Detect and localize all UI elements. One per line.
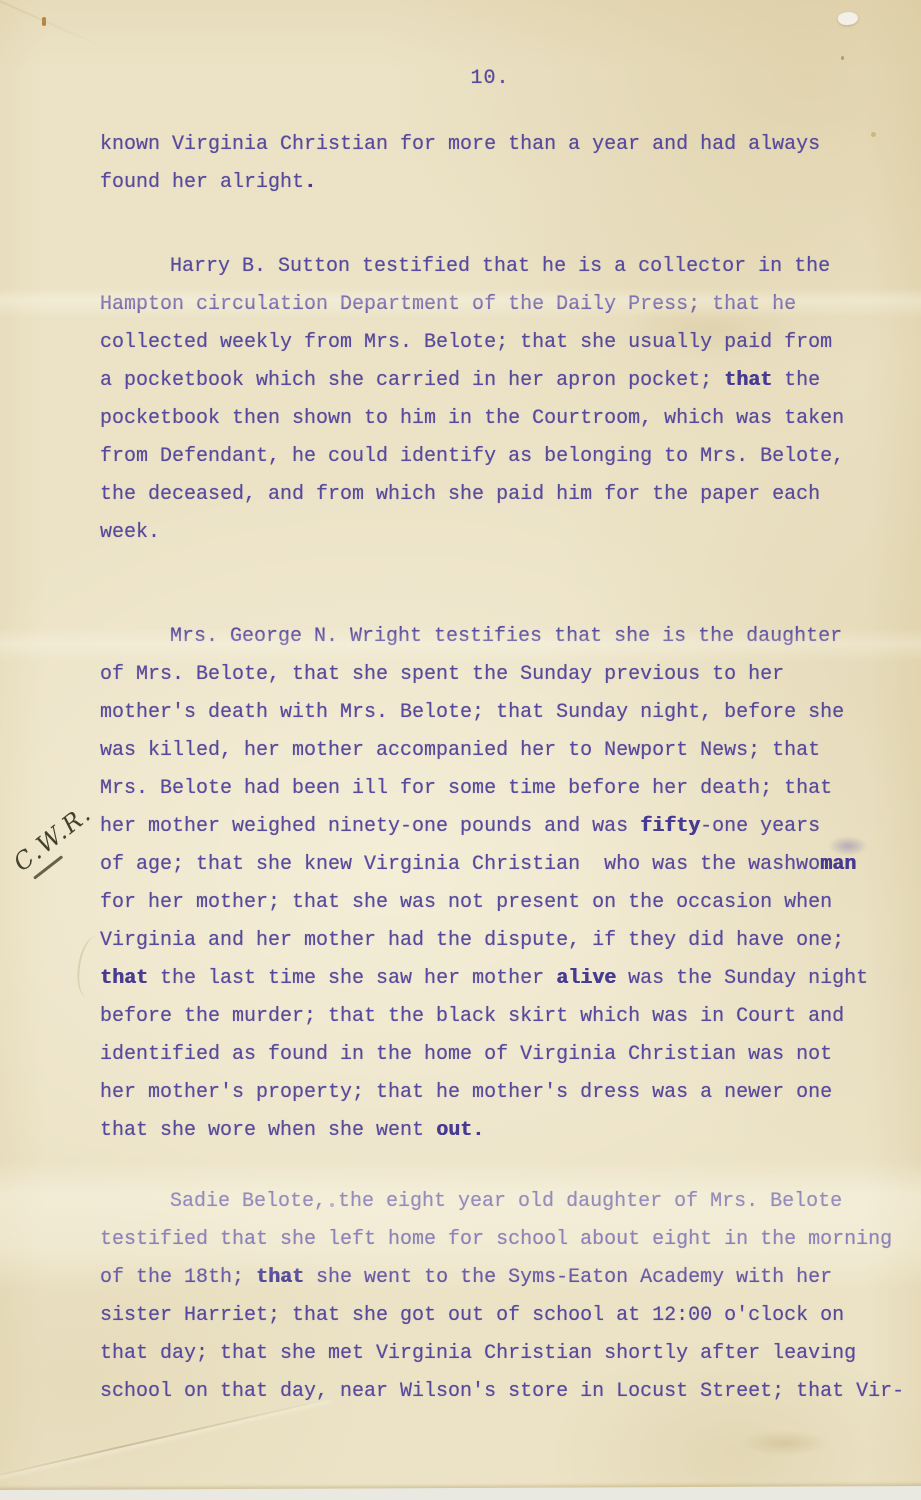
overstruck-text: that (724, 369, 772, 392)
overstruck-text: out. (436, 1119, 484, 1142)
text-line: sister Harriet; that she got out of scho… (100, 1297, 880, 1335)
text-line: from Defendant, he could identify as bel… (100, 438, 880, 476)
text-line: that day; that she met Virginia Christia… (100, 1335, 880, 1373)
page-number: 10. (100, 60, 880, 98)
text-line: school on that day, near Wilson's store … (100, 1373, 880, 1411)
text-line: was killed, her mother accompanied her t… (100, 732, 880, 770)
text-line: Mrs. Belote had been ill for some time b… (100, 770, 880, 808)
text-line: of age; that she knew Virginia Christian… (100, 846, 880, 884)
paragraph: Sadie Belote, the eight year old daughte… (100, 1183, 880, 1411)
text-line: identified as found in the home of Virgi… (100, 1036, 880, 1074)
paper-nick (837, 11, 859, 27)
text-line: known Virginia Christian for more than a… (100, 126, 880, 164)
document-page: 10. known Virginia Christian for more th… (0, 0, 921, 1500)
typewritten-text: 10. known Virginia Christian for more th… (100, 60, 880, 1411)
paragraph: known Virginia Christian for more than a… (100, 126, 880, 202)
text-line: the deceased, and from which she paid hi… (100, 476, 880, 514)
page-bottom-edge (0, 1486, 921, 1500)
text-line: Sadie Belote, the eight year old daughte… (100, 1183, 880, 1221)
text-line: Harry B. Sutton testified that he is a c… (100, 248, 880, 286)
text-line: for her mother; that she was not present… (100, 884, 880, 922)
paragraph: Harry B. Sutton testified that he is a c… (100, 248, 880, 552)
document-body: known Virginia Christian for more than a… (100, 126, 880, 1411)
text-line: mother's death with Mrs. Belote; that Su… (100, 694, 880, 732)
paper-speck (42, 17, 46, 26)
text-line: week. (100, 514, 880, 552)
text-line: of the 18th; that she went to the Syms-E… (100, 1259, 880, 1297)
overstruck-text: that (100, 967, 148, 990)
overstruck-text: fifty (640, 815, 700, 838)
text-line: her mother's property; that he mother's … (100, 1074, 880, 1112)
text-line: found her alright. (100, 164, 880, 202)
overstruck-text: alive (556, 967, 616, 990)
paragraph: Mrs. George N. Wright testifies that she… (100, 618, 880, 1150)
text-line: that she wore when she went out. (100, 1112, 880, 1150)
text-line: of Mrs. Belote, that she spent the Sunda… (100, 656, 880, 694)
text-line: her mother weighed ninety-one pounds and… (100, 808, 880, 846)
overstruck-text: . (304, 171, 316, 194)
text-line: testified that she left home for school … (100, 1221, 880, 1259)
paper-crease (0, 0, 104, 48)
text-line: Mrs. George N. Wright testifies that she… (100, 618, 880, 656)
text-line: a pocketbook which she carried in her ap… (100, 362, 880, 400)
overstruck-text: that (256, 1266, 304, 1289)
text-line: that the last time she saw her mother al… (100, 960, 880, 998)
text-line: collected weekly from Mrs. Belote; that … (100, 324, 880, 362)
text-line: pocketbook then shown to him in the Cour… (100, 400, 880, 438)
text-line: Virginia and her mother had the dispute,… (100, 922, 880, 960)
text-line: before the murder; that the black skirt … (100, 998, 880, 1036)
overstruck-text: man (820, 853, 856, 876)
text-line: Hampton circulation Department of the Da… (100, 286, 880, 324)
paper-stain (740, 1430, 830, 1456)
